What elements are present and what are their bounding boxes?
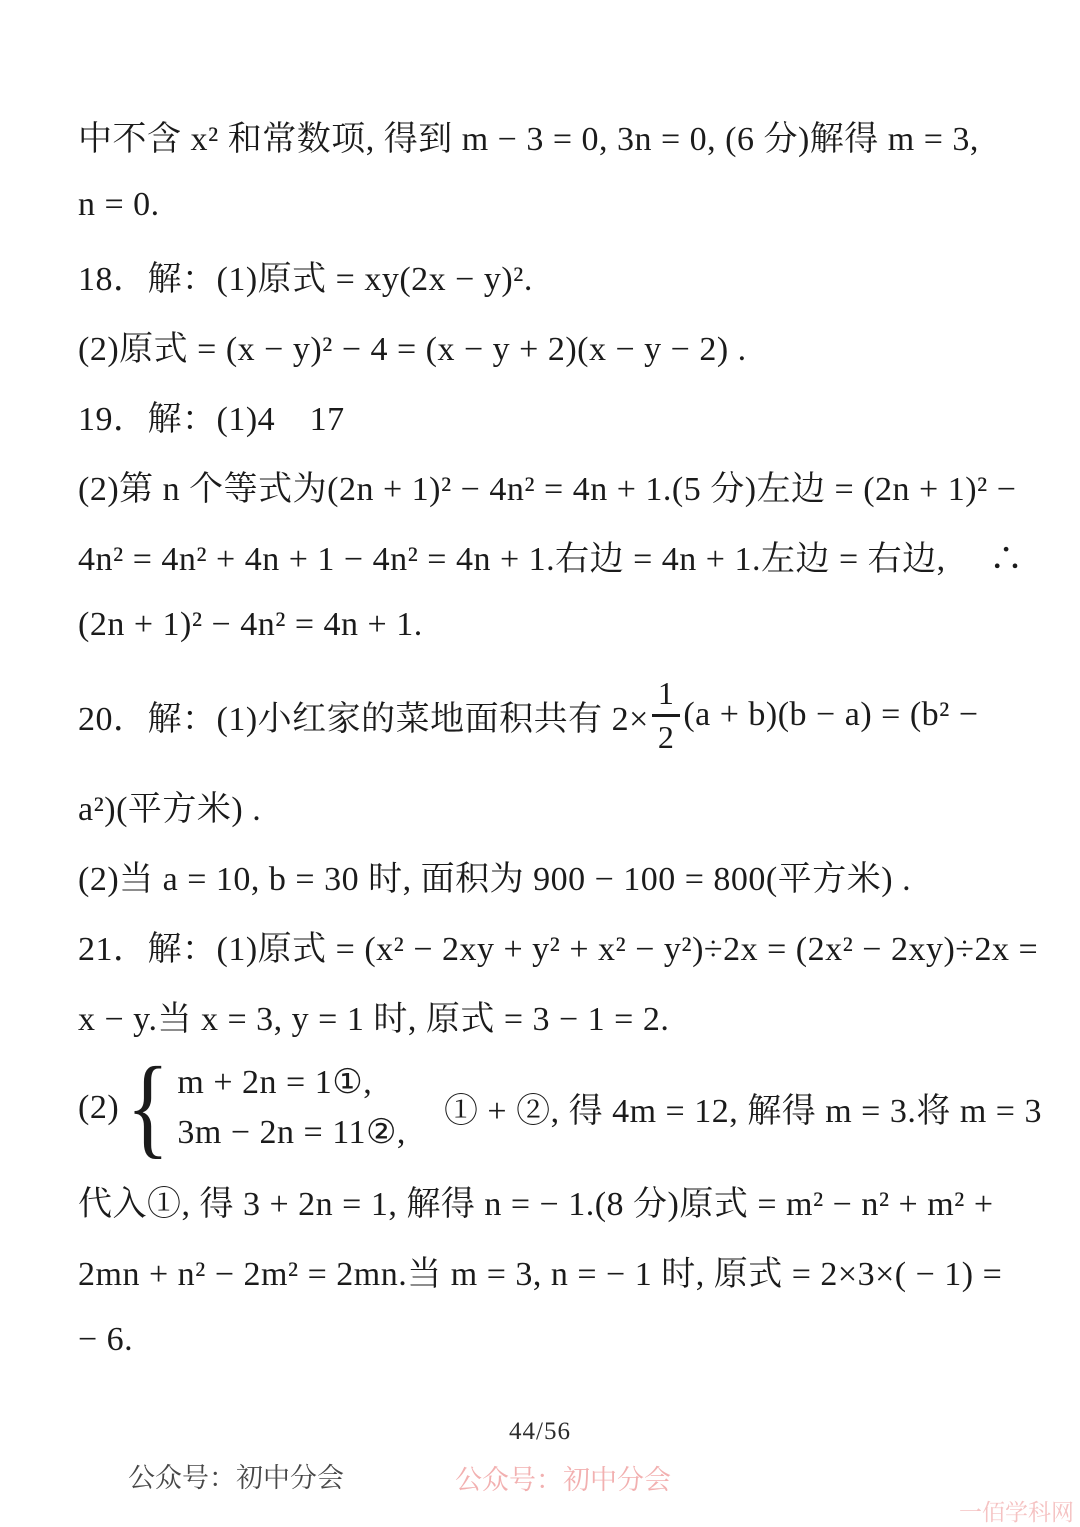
solution-line: (2)第 n 个等式为(2n + 1)² − 4n² = 4n + 1.(5 分… xyxy=(78,450,1043,520)
solution-line: 代入①, 得 3 + 2n = 1, 解得 n = − 1.(8 分)原式 = … xyxy=(78,1165,1043,1235)
solution-line: (2)当 a = 10, b = 30 时, 面积为 900 − 100 = 8… xyxy=(78,840,1043,910)
solution-line: 18．解：(1)原式 = xy(2x − y)². xyxy=(78,240,1043,310)
fraction-prefix-text: 20．解：(1)小红家的菜地面积共有 2× xyxy=(78,691,649,740)
fraction-suffix-text: (a + b)(b − a) = (b² − xyxy=(683,696,978,734)
watermark-corner: 一佰学科网 xyxy=(959,1494,1074,1527)
solution-line: (2)原式 = (x − y)² − 4 = (x − y + 2)(x − y… xyxy=(78,310,1043,380)
solution-line-with-fraction: 20．解：(1)小红家的菜地面积共有 2× 1 2 (a + b)(b − a)… xyxy=(78,660,1043,770)
solutions-content: 中不含 x² 和常数项, 得到 m − 3 = 0, 3n = 0, (6 分)… xyxy=(78,100,1043,1375)
fraction: 1 2 xyxy=(652,675,681,756)
solution-line: x − y.当 x = 3, y = 1 时, 原式 = 3 − 1 = 2. xyxy=(78,980,1043,1050)
wechat-account-label: 公众号：初中分会 xyxy=(128,1456,344,1495)
equation-2: 3m − 2n = 11②, xyxy=(177,1114,406,1151)
solution-line: 2mn + n² − 2m² = 2mn.当 m = 3, n = − 1 时,… xyxy=(78,1235,1043,1305)
solution-line: − 6. xyxy=(78,1305,1043,1375)
solution-line: n = 0. xyxy=(78,170,1043,240)
document-page: 中不含 x² 和常数项, 得到 m − 3 = 0, 3n = 0, (6 分)… xyxy=(0,0,1080,1527)
watermark-center: 公众号：初中分会 xyxy=(455,1458,671,1497)
equation-1: m + 2n = 1①, xyxy=(177,1064,406,1101)
solution-line: 21．解：(1)原式 = (x² − 2xy + y² + x² − y²)÷2… xyxy=(78,910,1043,980)
solution-line: 19．解：(1)4 17 xyxy=(78,380,1043,450)
curly-brace: { xyxy=(127,1057,170,1158)
system-label: (2) xyxy=(78,1089,119,1127)
solution-line: a²)(平方米) . xyxy=(78,770,1043,840)
system-continuation-text: ① + ②, 得 4m = 12, 解得 m = 3.将 m = 3 xyxy=(444,1083,1042,1132)
equation-system-line: (2) { m + 2n = 1①, 3m − 2n = 11②, ① + ②,… xyxy=(78,1050,1043,1165)
equation-stack: m + 2n = 1①, 3m − 2n = 11②, xyxy=(177,1064,406,1151)
solution-line: 4n² = 4n² + 4n + 1 − 4n² = 4n + 1.右边 = 4… xyxy=(78,520,1043,590)
fraction-numerator: 1 xyxy=(652,675,681,717)
fraction-denominator: 2 xyxy=(652,717,681,756)
solution-line: (2n + 1)² − 4n² = 4n + 1. xyxy=(78,590,1043,660)
solution-line: 中不含 x² 和常数项, 得到 m − 3 = 0, 3n = 0, (6 分)… xyxy=(78,100,1043,170)
page-number: 44/56 xyxy=(0,1418,1080,1446)
